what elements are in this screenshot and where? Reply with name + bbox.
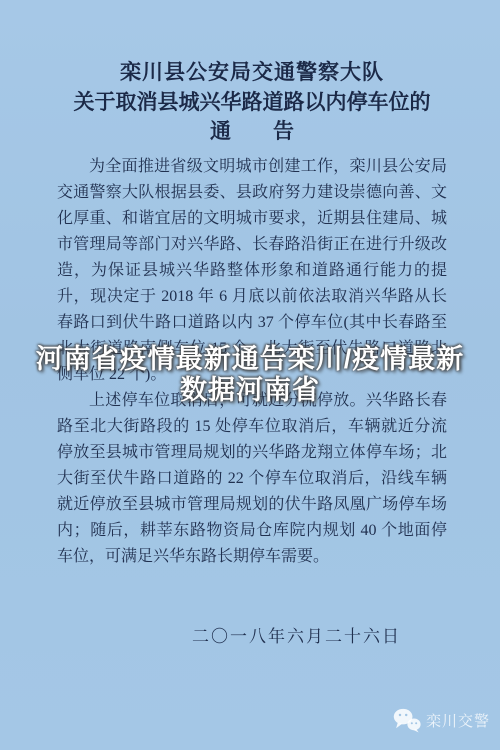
caption-line-2: 数据河南省: [0, 375, 500, 406]
caption-overlay: 河南省疫情最新通告栾川/疫情最新 数据河南省: [0, 344, 500, 406]
wechat-icon: [393, 708, 421, 733]
caption-line-1: 河南省疫情最新通告栾川/疫情最新: [0, 344, 500, 375]
watermark-label: 栾川交警: [426, 710, 490, 731]
notice-paragraph-2: 上述停车位取消后，可就近分流停放。兴华路长春路至北大街路段的 15 处停车位取消…: [57, 388, 447, 570]
notice-subject-title: 关于取消县城兴华路道路以内停车位的: [57, 88, 447, 118]
notice-type-title: 通 告: [57, 118, 447, 145]
notice-photo: 栾川县公安局交通警察大队 关于取消县城兴华路道路以内停车位的 通 告 为全面推进…: [0, 0, 500, 750]
notice-date: 二〇一八年六月二十六日: [57, 622, 447, 647]
notice-org-title: 栾川县公安局交通警察大队: [57, 58, 447, 88]
wechat-watermark: 栾川交警: [393, 708, 490, 733]
